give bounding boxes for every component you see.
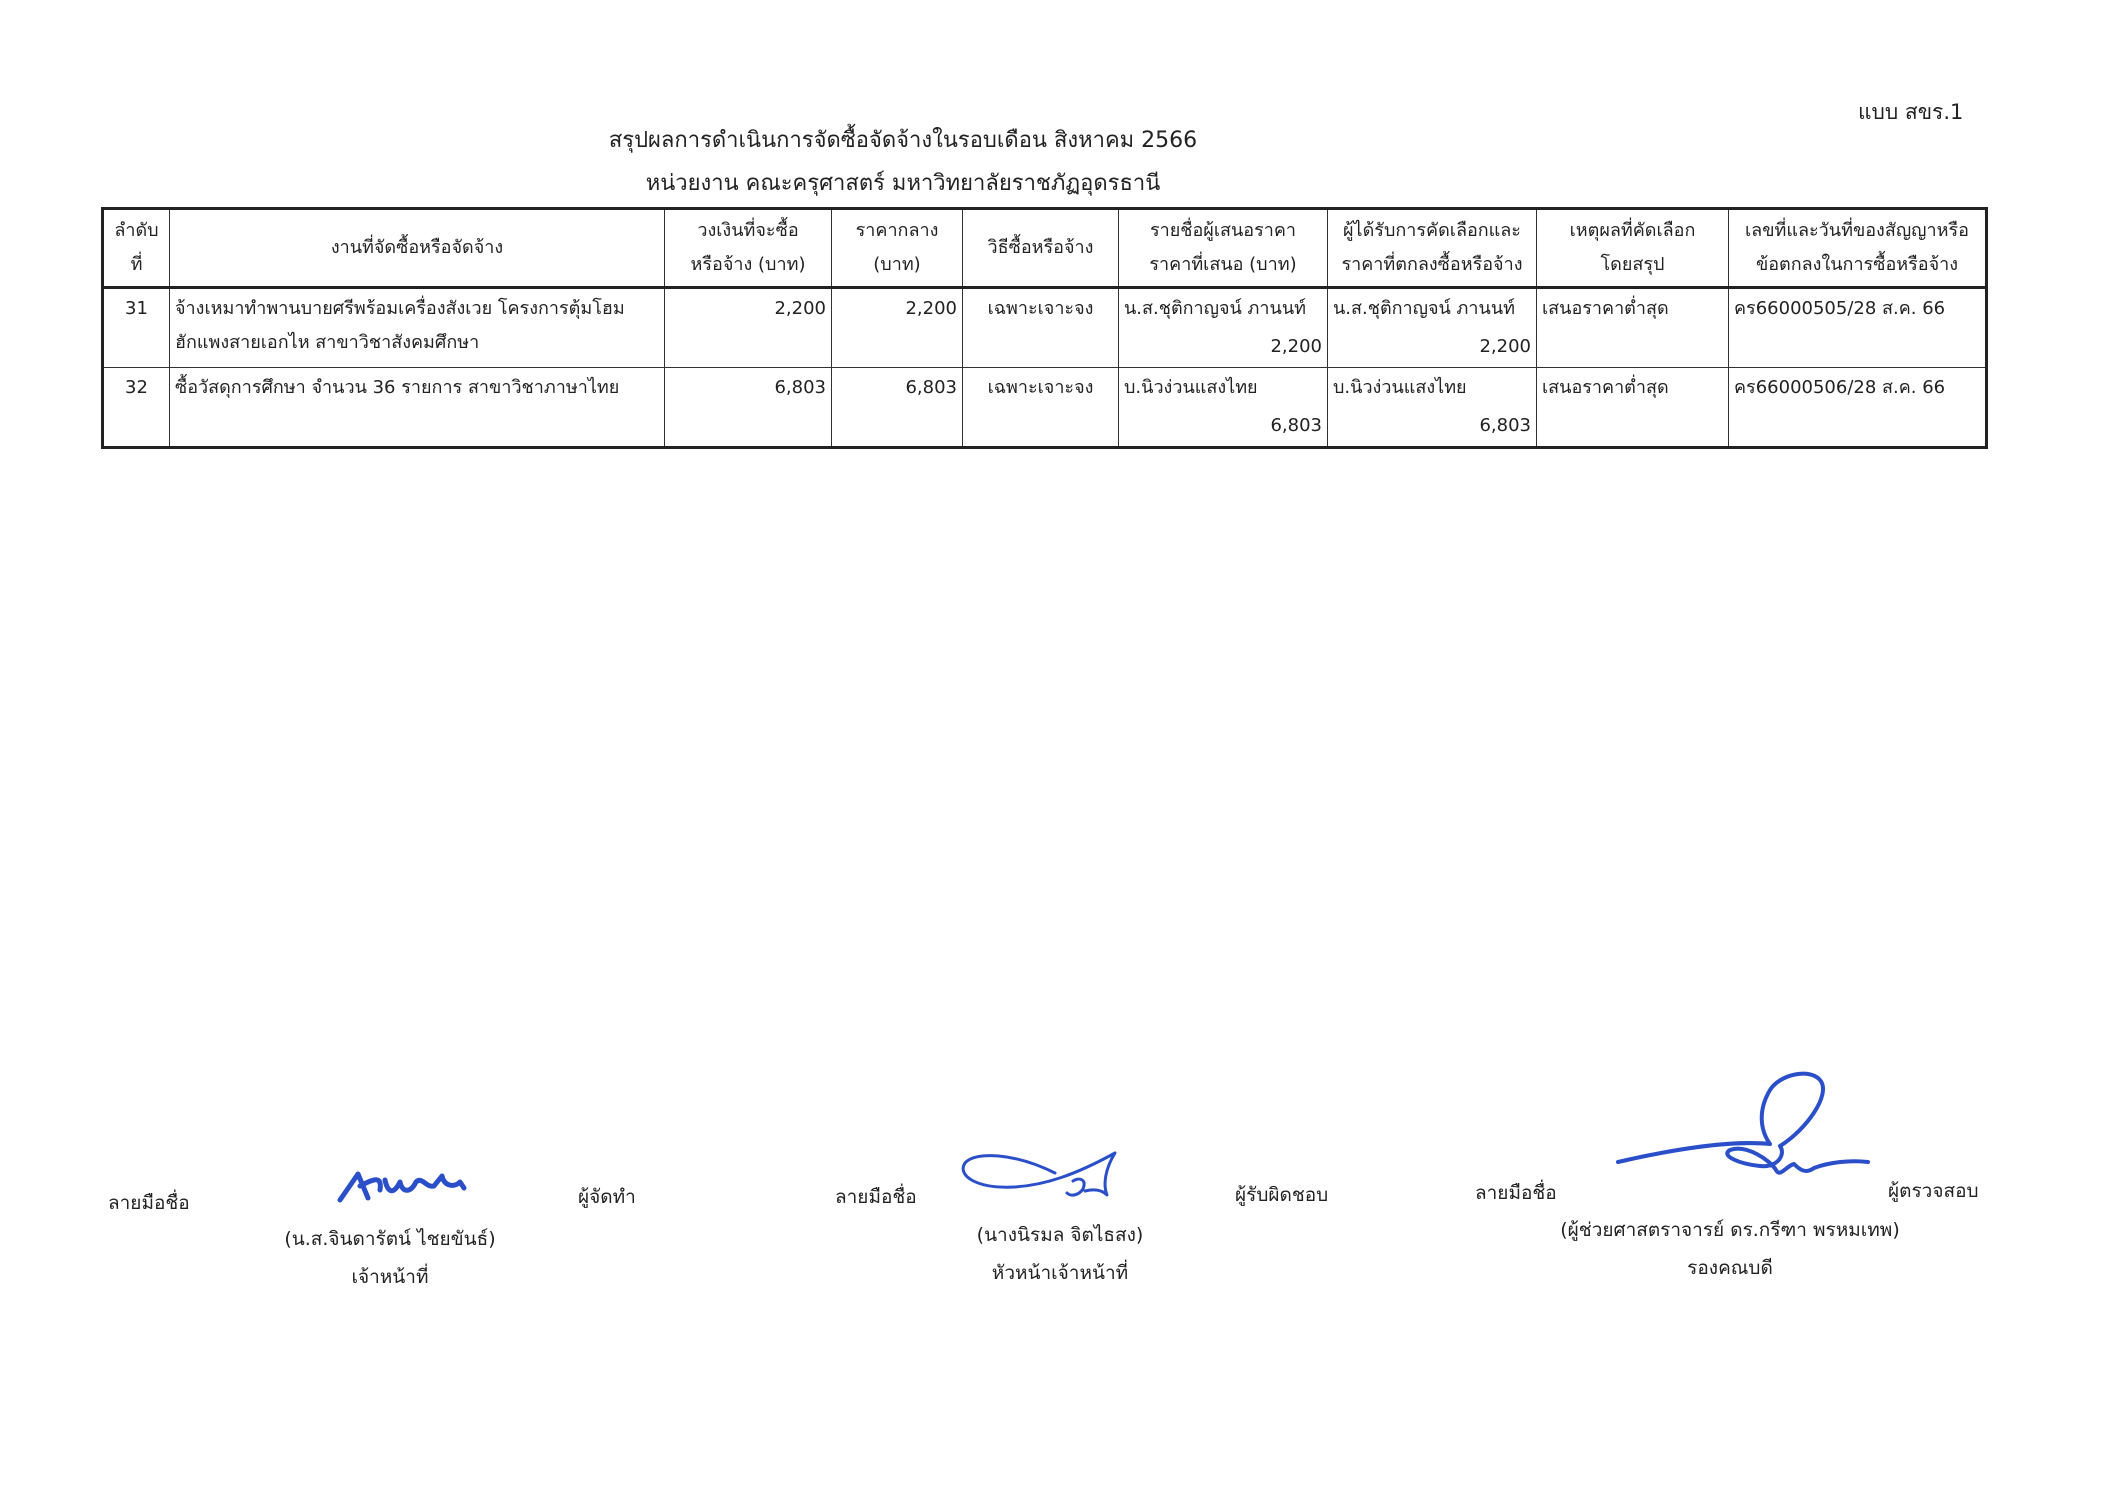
row-item: ซื้อวัสดุการศึกษา จำนวน 36 รายการ สาขาวิ… <box>170 368 665 448</box>
table-header: ลำดับที่ งานที่จัดซื้อหรือจัดจ้าง วงเงิน… <box>103 209 1987 288</box>
row-budget: 2,200 <box>665 288 832 368</box>
row-bidder: น.ส.ชุติกาญจน์ ภานนท์2,200 <box>1119 288 1328 368</box>
signature-position-responsible: หัวหน้าเจ้าหน้าที่ <box>940 1258 1180 1288</box>
signature-role-preparer: ผู้จัดทำ <box>578 1182 636 1212</box>
procurement-table: ลำดับที่ งานที่จัดซื้อหรือจัดจ้าง วงเงิน… <box>101 207 1988 449</box>
signature-name-responsible: (นางนิรมล จิตไธสง) <box>940 1220 1180 1250</box>
signature-preparer-icon <box>330 1168 480 1208</box>
row-no: 32 <box>103 368 170 448</box>
table-row: 31 จ้างเหมาทำพานบายศรีพร้อมเครื่องสังเวย… <box>103 288 1987 368</box>
row-method: เฉพาะเจาะจง <box>963 288 1119 368</box>
row-reason: เสนอราคาต่ำสุด <box>1537 288 1729 368</box>
row-winner: น.ส.ชุติกาญจน์ ภานนท์2,200 <box>1328 288 1537 368</box>
row-median-price: 6,803 <box>832 368 963 448</box>
row-budget: 6,803 <box>665 368 832 448</box>
header-budget: วงเงินที่จะซื้อหรือจ้าง (บาท) <box>665 209 832 288</box>
signature-responsible-icon <box>955 1145 1135 1205</box>
signature-position-preparer: เจ้าหน้าที่ <box>270 1262 510 1292</box>
row-method: เฉพาะเจาะจง <box>963 368 1119 448</box>
signature-label-inspector: ลายมือชื่อ <box>1475 1178 1557 1208</box>
row-contract: คร66000506/28 ส.ค. 66 <box>1729 368 1987 448</box>
row-winner: บ.นิวง่วนแสงไทย6,803 <box>1328 368 1537 448</box>
row-item: จ้างเหมาทำพานบายศรีพร้อมเครื่องสังเวย โค… <box>170 288 665 368</box>
document-subtitle: หน่วยงาน คณะครุศาสตร์ มหาวิทยาลัยราชภัฏอ… <box>0 165 1956 200</box>
signature-label-preparer: ลายมือชื่อ <box>108 1188 190 1218</box>
header-bidders: รายชื่อผู้เสนอราคาราคาที่เสนอ (บาท) <box>1119 209 1328 288</box>
table-row: 32 ซื้อวัสดุการศึกษา จำนวน 36 รายการ สาข… <box>103 368 1987 448</box>
signature-role-responsible: ผู้รับผิดชอบ <box>1235 1180 1328 1210</box>
document-title: สรุปผลการดำเนินการจัดซื้อจัดจ้างในรอบเดื… <box>0 122 1956 157</box>
row-no: 31 <box>103 288 170 368</box>
row-median-price: 2,200 <box>832 288 963 368</box>
header-item: งานที่จัดซื้อหรือจัดจ้าง <box>170 209 665 288</box>
header-contract: เลขที่และวันที่ของสัญญาหรือข้อตกลงในการซ… <box>1729 209 1987 288</box>
signature-role-inspector: ผู้ตรวจสอบ <box>1888 1176 1979 1206</box>
signature-label-responsible: ลายมือชื่อ <box>835 1182 917 1212</box>
row-contract: คร66000505/28 ส.ค. 66 <box>1729 288 1987 368</box>
signature-name-preparer: (น.ส.จินดารัตน์ ไชยขันธ์) <box>270 1224 510 1254</box>
signature-inspector-icon <box>1610 1070 1870 1200</box>
header-no: ลำดับที่ <box>103 209 170 288</box>
header-median-price: ราคากลาง(บาท) <box>832 209 963 288</box>
header-reason: เหตุผลที่คัดเลือกโดยสรุป <box>1537 209 1729 288</box>
row-reason: เสนอราคาต่ำสุด <box>1537 368 1729 448</box>
header-method: วิธีซื้อหรือจ้าง <box>963 209 1119 288</box>
row-bidder: บ.นิวง่วนแสงไทย6,803 <box>1119 368 1328 448</box>
header-winner: ผู้ได้รับการคัดเลือกและราคาที่ตกลงซื้อหร… <box>1328 209 1537 288</box>
signature-name-inspector: (ผู้ช่วยศาสตราจารย์ ดร.กรีฑา พรหมเทพ) <box>1520 1215 1940 1245</box>
signature-position-inspector: รองคณบดี <box>1620 1253 1840 1283</box>
